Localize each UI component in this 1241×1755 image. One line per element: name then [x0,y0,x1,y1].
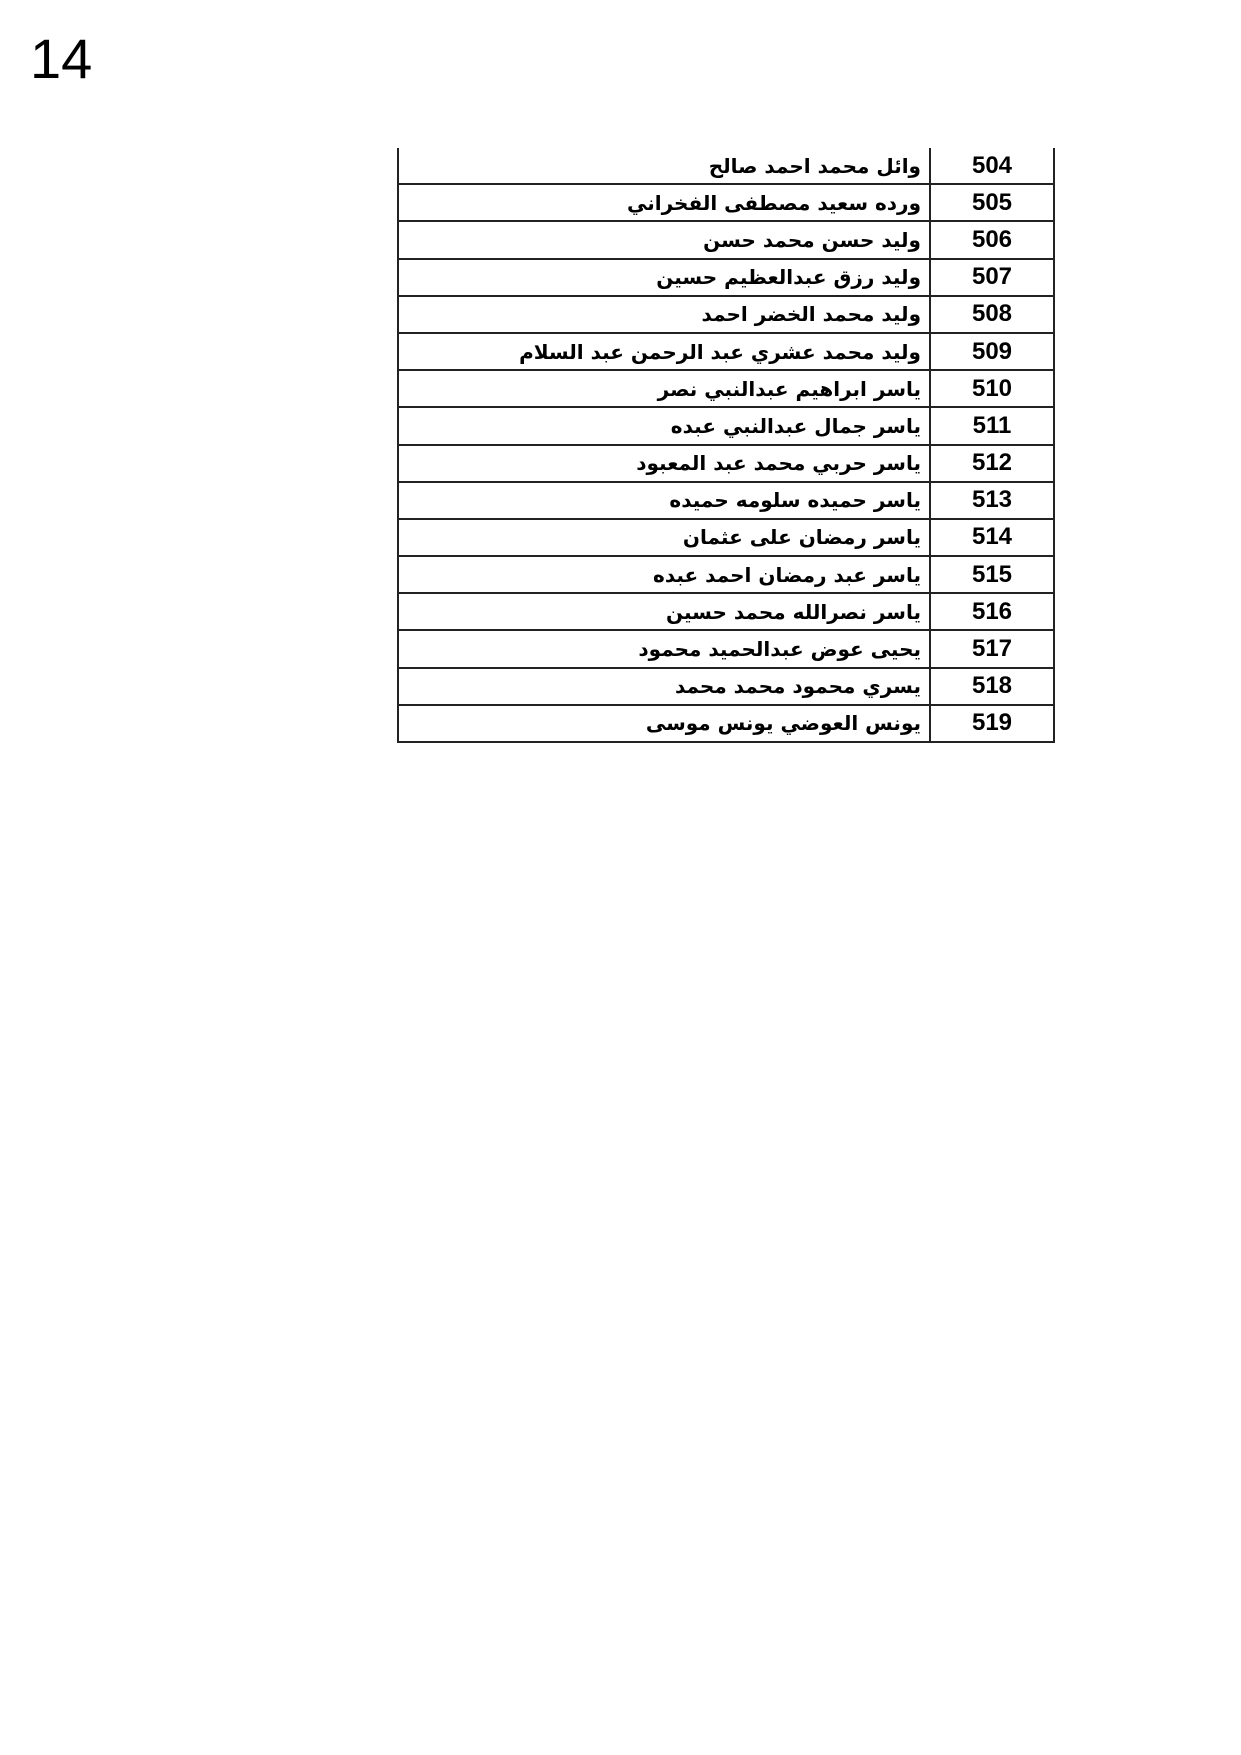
member-name-cell: وليد رزق عبدالعظيم حسين [399,260,929,295]
table-row: ورده سعيد مصطفى الفخراني 505 [399,185,1053,222]
table-row: ياسر حميده سلومه حميده 513 [399,483,1053,520]
member-name-cell: ياسر حميده سلومه حميده [399,483,929,518]
member-name-cell: ياسر نصرالله محمد حسين [399,594,929,629]
serial-number-cell: 507 [929,260,1053,295]
member-name-cell: ياسر حربي محمد عبد المعبود [399,446,929,481]
serial-number-cell: 519 [929,706,1053,741]
serial-number-cell: 511 [929,408,1053,443]
document-page: 14 وائل محمد احمد صالح 504 ورده سعيد مصط… [0,0,1241,1755]
table-row: يونس العوضي يونس موسى 519 [399,706,1053,743]
member-name-cell: يسري محمود محمد محمد [399,669,929,704]
serial-number-cell: 518 [929,669,1053,704]
serial-number-cell: 517 [929,631,1053,666]
serial-number-cell: 514 [929,520,1053,555]
member-name-cell: ياسر جمال عبدالنبي عبده [399,408,929,443]
member-name-cell: وائل محمد احمد صالح [399,148,929,183]
table-row: وليد محمد الخضر احمد 508 [399,297,1053,334]
serial-number-cell: 516 [929,594,1053,629]
table-row: وليد رزق عبدالعظيم حسين 507 [399,260,1053,297]
serial-number-cell: 512 [929,446,1053,481]
member-name-cell: ياسر رمضان على عثمان [399,520,929,555]
member-name-cell: يونس العوضي يونس موسى [399,706,929,741]
roster-table: وائل محمد احمد صالح 504 ورده سعيد مصطفى … [397,148,1055,743]
member-name-cell: ياسر عبد رمضان احمد عبده [399,557,929,592]
serial-number-cell: 508 [929,297,1053,332]
serial-number-cell: 504 [929,148,1053,183]
serial-number-cell: 509 [929,334,1053,369]
page-number: 14 [30,30,92,89]
table-row: وليد محمد عشري عبد الرحمن عبد السلام 509 [399,334,1053,371]
table-row: يحيى عوض عبدالحميد محمود 517 [399,631,1053,668]
table-row: ياسر حربي محمد عبد المعبود 512 [399,446,1053,483]
table-row: يسري محمود محمد محمد 518 [399,669,1053,706]
table-row: ياسر ابراهيم عبدالنبي نصر 510 [399,371,1053,408]
member-name-cell: ياسر ابراهيم عبدالنبي نصر [399,371,929,406]
table-row: ياسر رمضان على عثمان 514 [399,520,1053,557]
member-name-cell: وليد محمد عشري عبد الرحمن عبد السلام [399,334,929,369]
member-name-cell: يحيى عوض عبدالحميد محمود [399,631,929,666]
member-name-cell: وليد حسن محمد حسن [399,222,929,257]
member-name-cell: وليد محمد الخضر احمد [399,297,929,332]
serial-number-cell: 505 [929,185,1053,220]
table-row: وليد حسن محمد حسن 506 [399,222,1053,259]
serial-number-cell: 510 [929,371,1053,406]
serial-number-cell: 515 [929,557,1053,592]
table-row: ياسر نصرالله محمد حسين 516 [399,594,1053,631]
member-name-cell: ورده سعيد مصطفى الفخراني [399,185,929,220]
table-row: ياسر عبد رمضان احمد عبده 515 [399,557,1053,594]
serial-number-cell: 513 [929,483,1053,518]
table-row: وائل محمد احمد صالح 504 [399,148,1053,185]
table-row: ياسر جمال عبدالنبي عبده 511 [399,408,1053,445]
serial-number-cell: 506 [929,222,1053,257]
